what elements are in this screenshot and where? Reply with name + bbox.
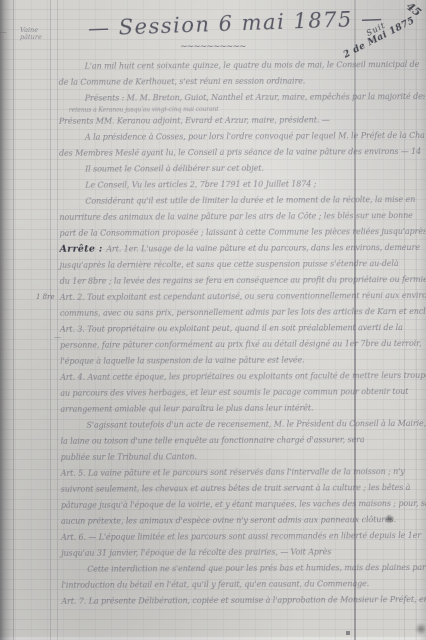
ink-dot xyxy=(346,631,350,635)
title-flourish: ∼∼∼∼∼∼∼∼∼∼ xyxy=(180,42,245,52)
manuscript-body: L'an mil huit cent soixante quinze, le q… xyxy=(0,57,426,610)
scanned-manuscript-page: 45 Suit 2 de Mai 1875 — Vaine pâture 1 8… xyxy=(0,0,426,640)
arrete-heading: Arrête : xyxy=(60,244,107,255)
edge-smudge xyxy=(416,622,426,636)
ink-smudge xyxy=(385,514,394,524)
margin-note: Vaine pâture xyxy=(20,27,60,41)
edge-fragment: — xyxy=(0,28,7,36)
session-title: — Session 6 mai 1875 — xyxy=(88,7,349,40)
manuscript-line: Art. 7. La présente Délibération, copiée… xyxy=(1,592,426,610)
